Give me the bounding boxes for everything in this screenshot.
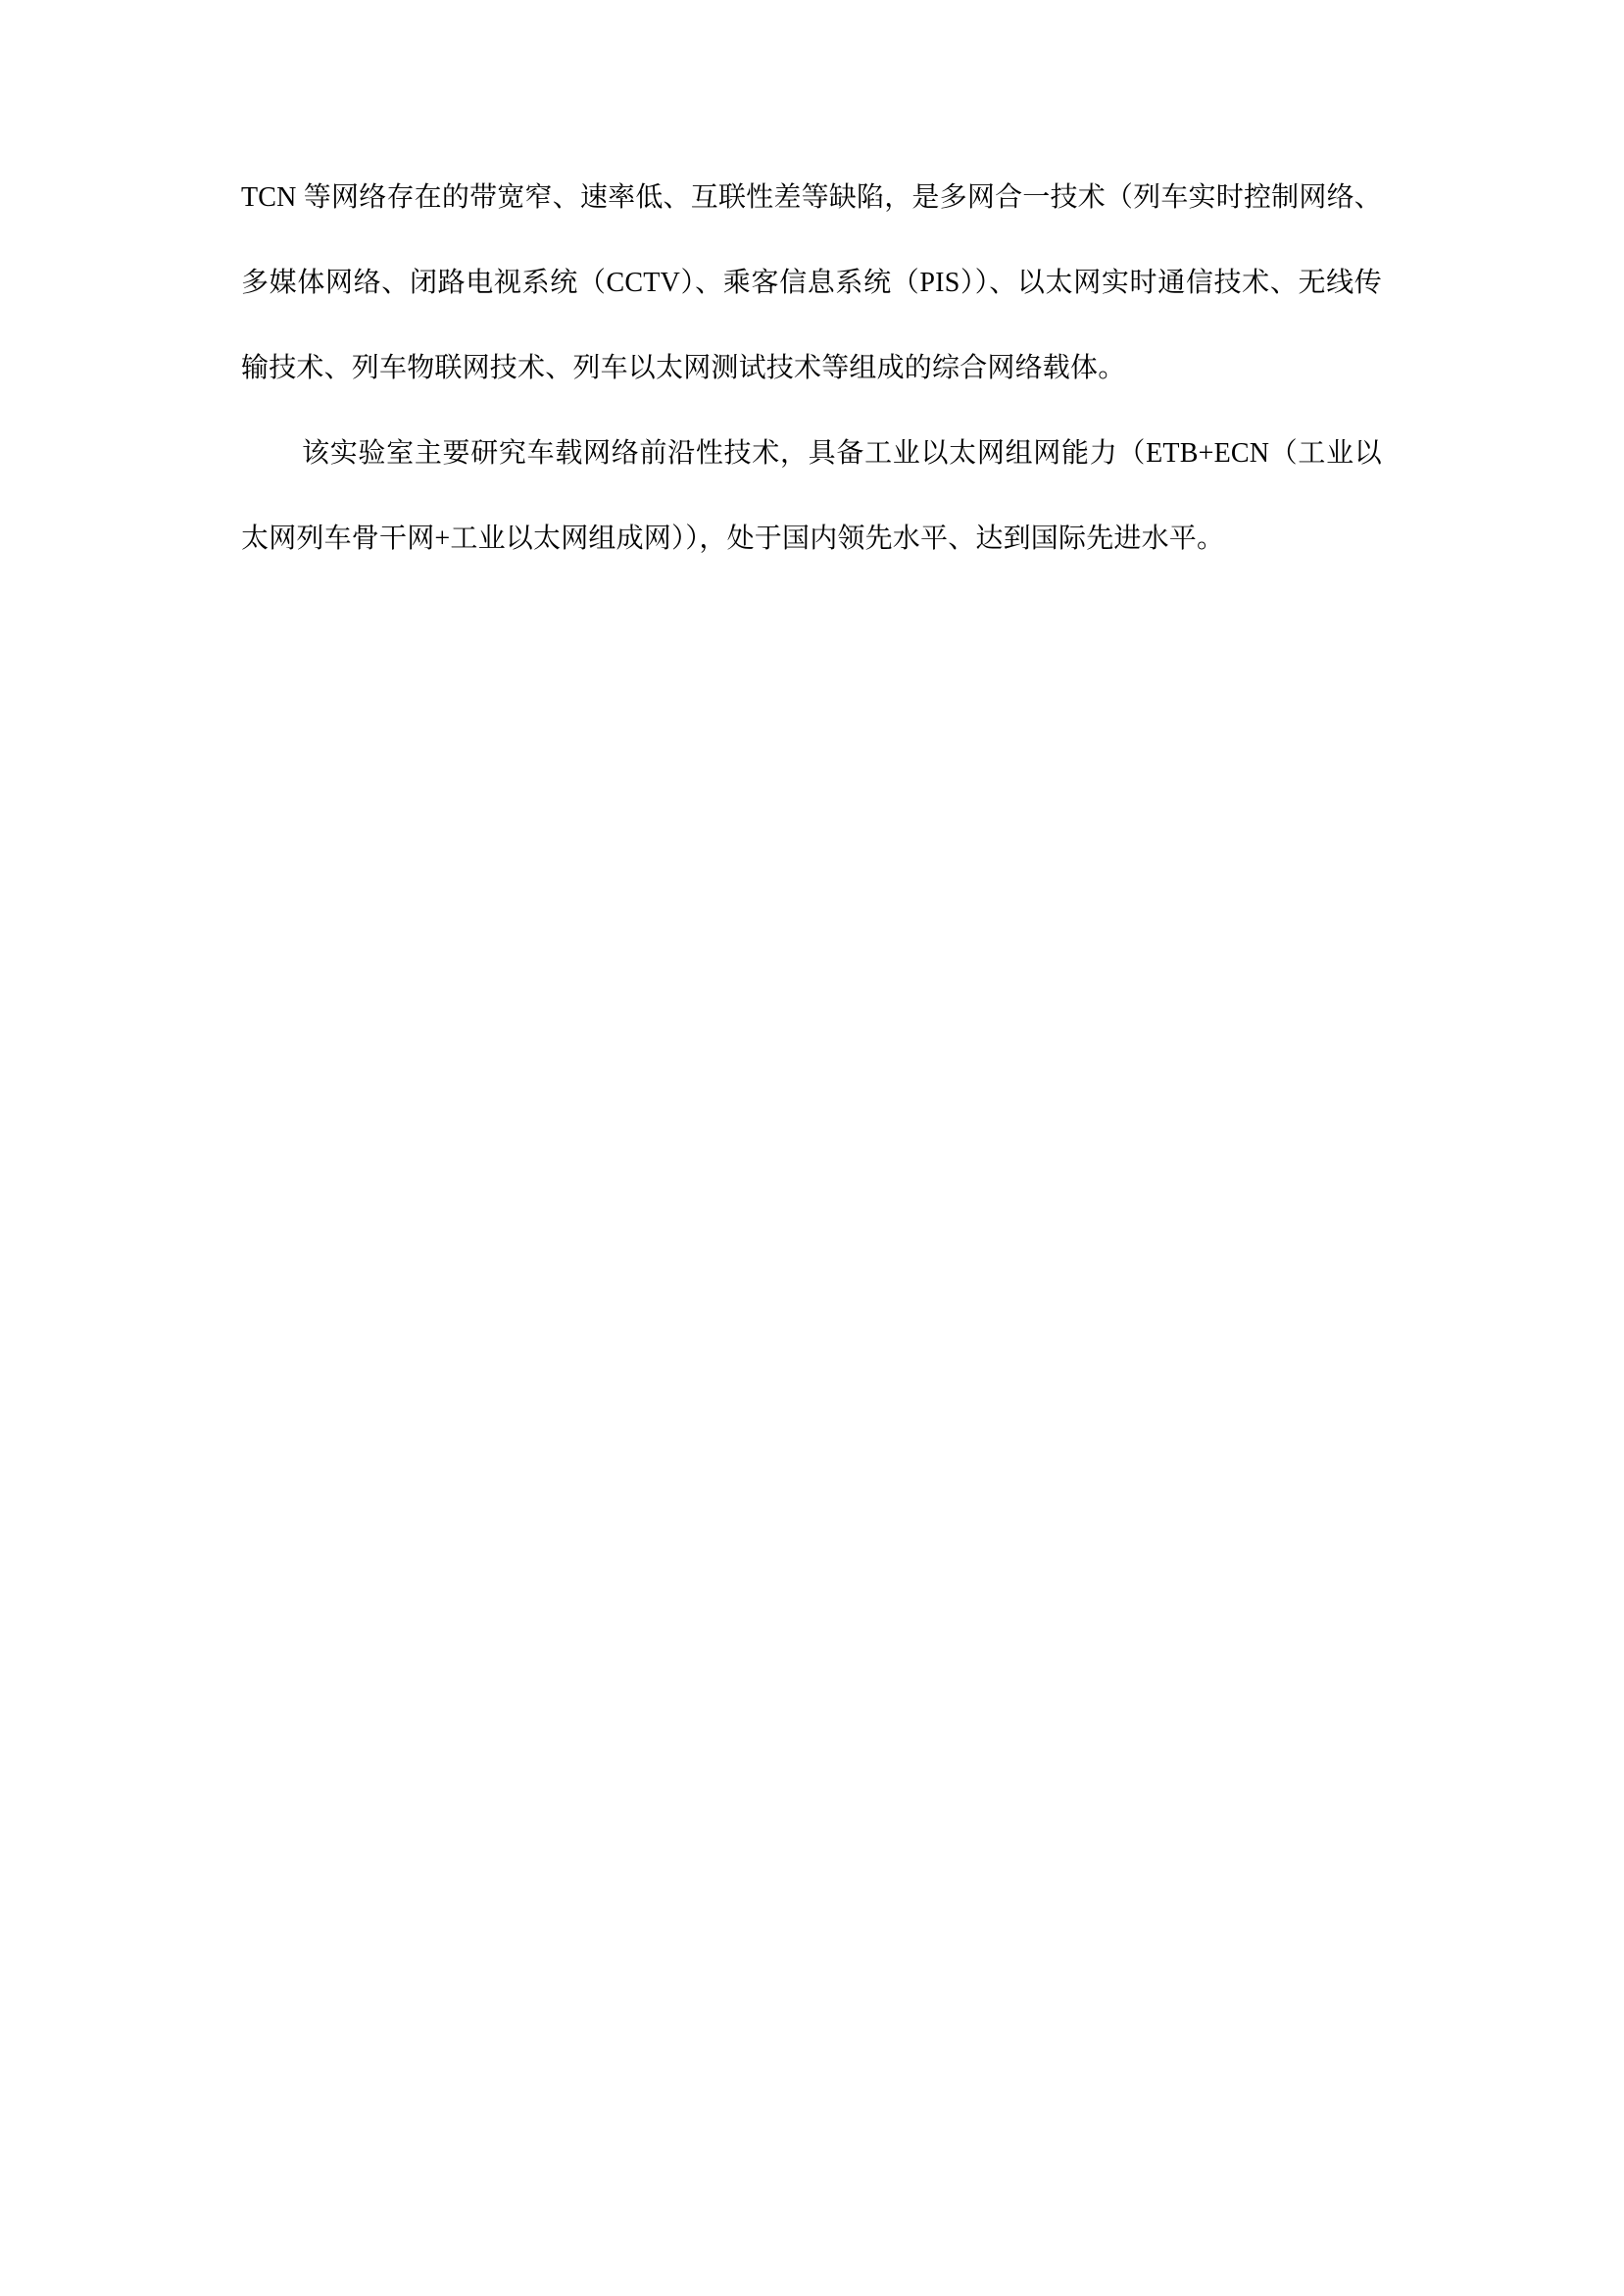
text-line: 该实验室主要研究车载网络前沿性技术，具备工业以太网组网能力（ETB+ECN（工业… (241, 411, 1382, 496)
text-line: 太网列车骨干网+工业以太网组成网）），处于国内领先水平、达到国际先进水平。 (241, 496, 1382, 581)
text-line: TCN 等网络存在的带宽窄、速率低、互联性差等缺陷，是多网合一技术（列车实时控制… (241, 155, 1382, 240)
paragraph-tcn-network: TCN 等网络存在的带宽窄、速率低、互联性差等缺陷，是多网合一技术（列车实时控制… (241, 155, 1382, 411)
document-page: TCN 等网络存在的带宽窄、速率低、互联性差等缺陷，是多网合一技术（列车实时控制… (0, 0, 1624, 2296)
paragraph-laboratory: 该实验室主要研究车载网络前沿性技术，具备工业以太网组网能力（ETB+ECN（工业… (241, 411, 1382, 581)
text-line: 多媒体网络、闭路电视系统（CCTV）、乘客信息系统（PIS））、以太网实时通信技… (241, 240, 1382, 325)
document-body-text: TCN 等网络存在的带宽窄、速率低、互联性差等缺陷，是多网合一技术（列车实时控制… (241, 155, 1382, 581)
text-line: 输技术、列车物联网技术、列车以太网测试技术等组成的综合网络载体。 (241, 325, 1382, 411)
